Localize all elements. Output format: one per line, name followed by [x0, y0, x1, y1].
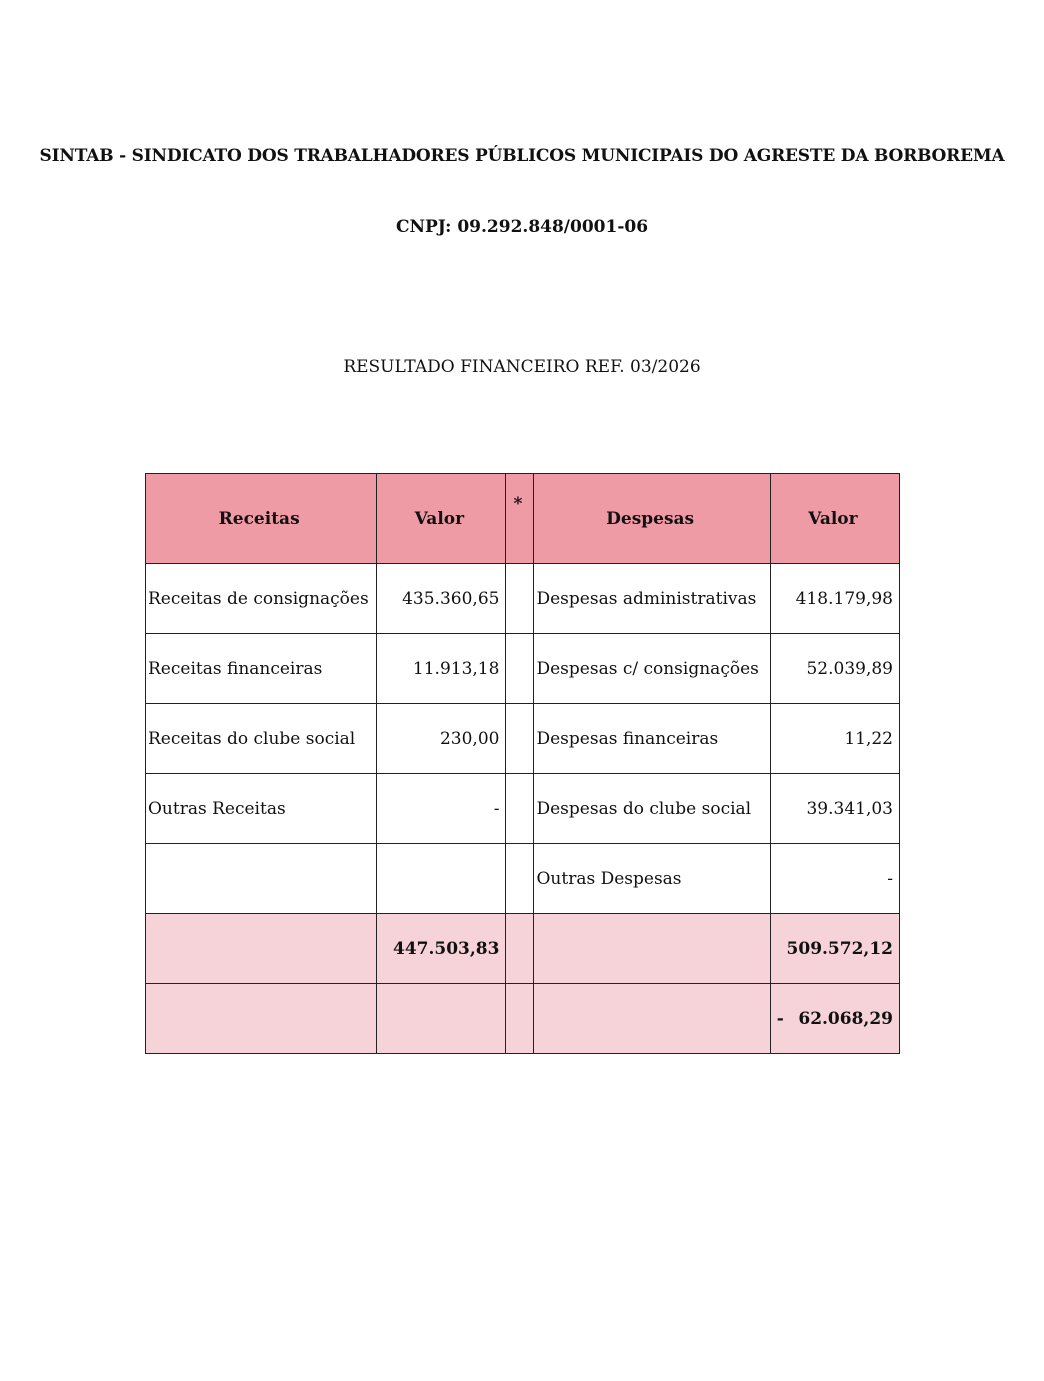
- separator-cell: [506, 564, 534, 634]
- header-receitas: Receitas: [146, 474, 377, 564]
- net-result: - 62.068,29: [770, 984, 899, 1054]
- receita-value: [377, 844, 506, 914]
- receita-label: Outras Receitas: [146, 774, 377, 844]
- net-result-value: 62.068,29: [798, 1009, 893, 1029]
- receita-label: Receitas de consignações: [146, 564, 377, 634]
- result-empty-cell: [377, 984, 506, 1054]
- despesa-value: 52.039,89: [770, 634, 899, 704]
- header-despesas-valor: Valor: [770, 474, 899, 564]
- receita-label: Receitas do clube social: [146, 704, 377, 774]
- cnpj: CNPJ: 09.292.848/0001-06: [0, 217, 1044, 237]
- totals-empty-cell: [146, 914, 377, 984]
- despesa-label: Despesas administrativas: [534, 564, 770, 634]
- separator-cell: [506, 634, 534, 704]
- separator-cell: [506, 914, 534, 984]
- table-row: Receitas financeiras 11.913,18 Despesas …: [146, 634, 900, 704]
- result-row: - 62.068,29: [146, 984, 900, 1054]
- separator-cell: [506, 774, 534, 844]
- table-row: Outras Receitas - Despesas do clube soci…: [146, 774, 900, 844]
- net-result-sign: -: [773, 1009, 784, 1029]
- separator-cell: [506, 984, 534, 1054]
- receitas-total: 447.503,83: [377, 914, 506, 984]
- receita-label: [146, 844, 377, 914]
- result-empty-cell: [534, 984, 770, 1054]
- despesa-value: 39.341,03: [770, 774, 899, 844]
- table-row: Receitas do clube social 230,00 Despesas…: [146, 704, 900, 774]
- header-receitas-valor: Valor: [377, 474, 506, 564]
- despesa-value: -: [770, 844, 899, 914]
- table-header-row: Receitas Valor * Despesas Valor: [146, 474, 900, 564]
- despesa-label: Despesas c/ consignações: [534, 634, 770, 704]
- receita-value: 435.360,65: [377, 564, 506, 634]
- receita-value: -: [377, 774, 506, 844]
- despesa-value: 418.179,98: [770, 564, 899, 634]
- despesas-total: 509.572,12: [770, 914, 899, 984]
- table-row: Receitas de consignações 435.360,65 Desp…: [146, 564, 900, 634]
- despesa-label: Outras Despesas: [534, 844, 770, 914]
- despesa-label: Despesas do clube social: [534, 774, 770, 844]
- receita-label: Receitas financeiras: [146, 634, 377, 704]
- header-despesas: Despesas: [534, 474, 770, 564]
- receita-value: 230,00: [377, 704, 506, 774]
- separator-cell: [506, 844, 534, 914]
- header-separator-star: *: [506, 474, 534, 564]
- organization-title: SINTAB - SINDICATO DOS TRABALHADORES PÚB…: [0, 146, 1044, 166]
- table-row: Outras Despesas -: [146, 844, 900, 914]
- separator-cell: [506, 704, 534, 774]
- result-empty-cell: [146, 984, 377, 1054]
- totals-row: 447.503,83 509.572,12: [146, 914, 900, 984]
- receita-value: 11.913,18: [377, 634, 506, 704]
- financial-result-table: Receitas Valor * Despesas Valor Receitas…: [145, 473, 900, 1054]
- despesa-value: 11,22: [770, 704, 899, 774]
- totals-empty-cell: [534, 914, 770, 984]
- despesa-label: Despesas financeiras: [534, 704, 770, 774]
- report-title: RESULTADO FINANCEIRO REF. 03/2026: [0, 357, 1044, 377]
